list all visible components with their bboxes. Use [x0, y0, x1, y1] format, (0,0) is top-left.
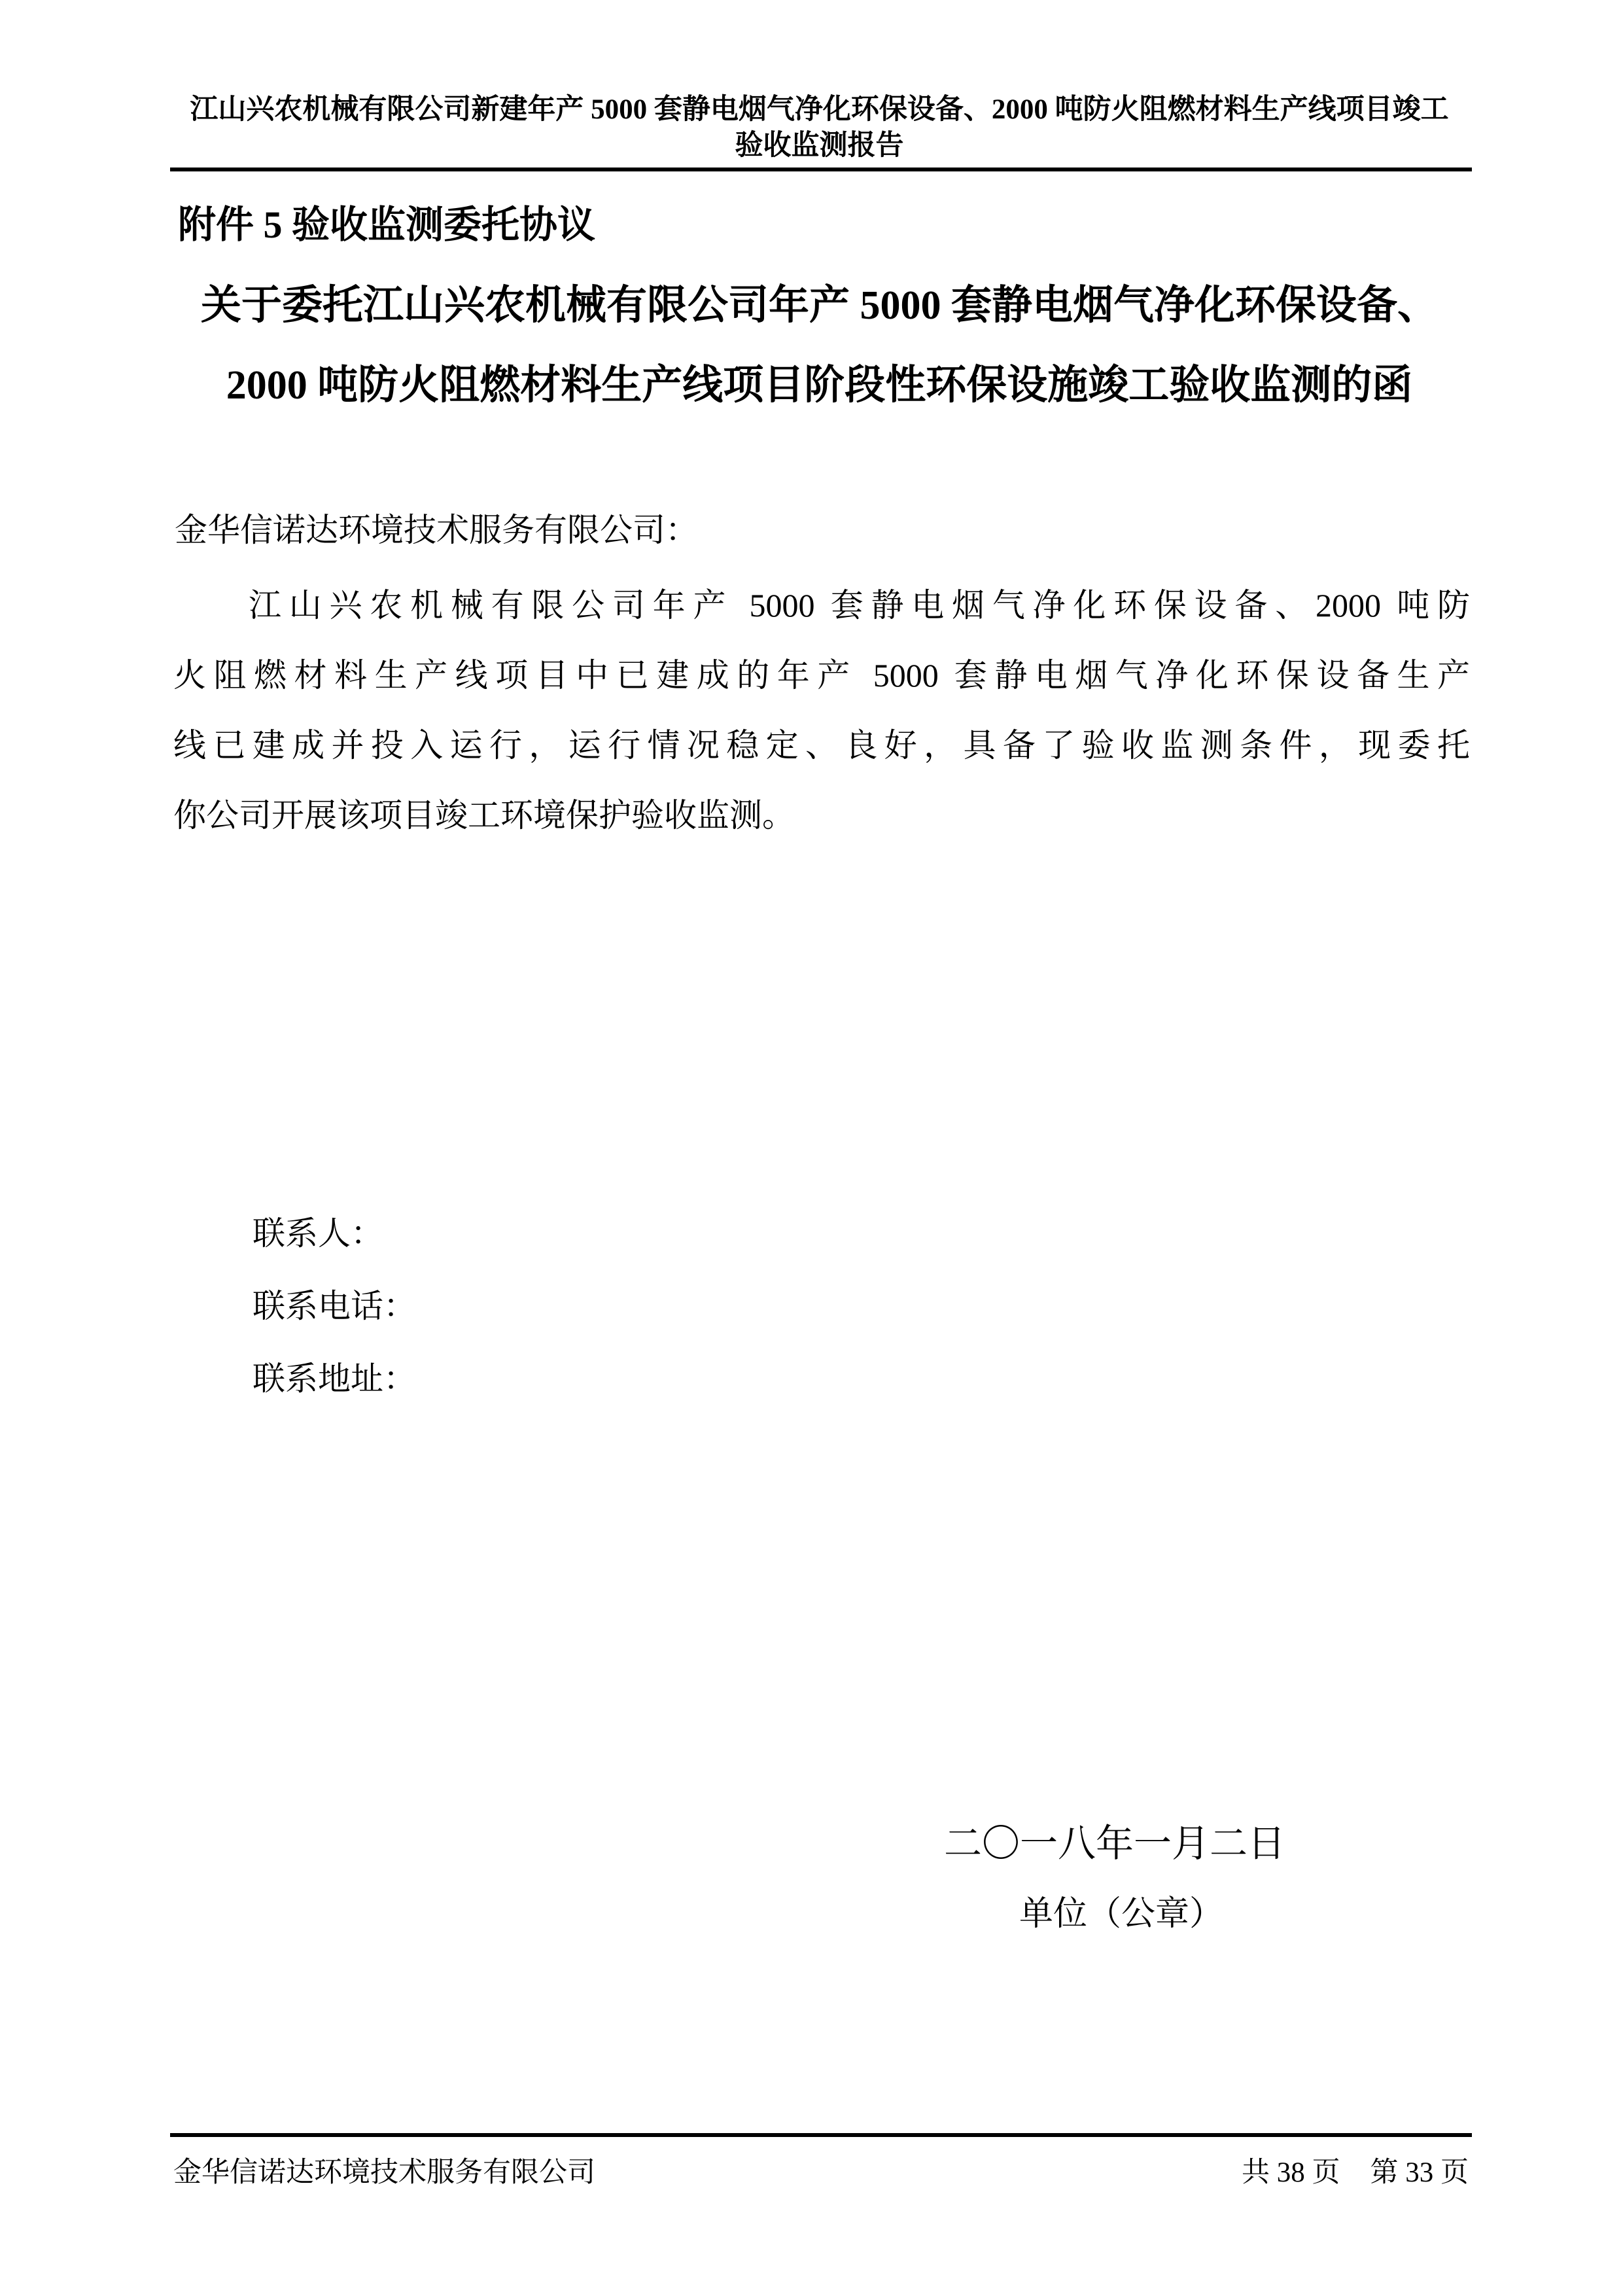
- footer-company: 金华信诺达环境技术服务有限公司: [173, 2150, 595, 2190]
- body-line: 火阻燃材料生产线项目中已建成的年产 5000 套静电烟气净化环保设备生产: [173, 641, 1470, 711]
- date-line: 二〇一八年一月二日: [944, 1812, 1285, 1867]
- body-line: 线已建成并投入运行，运行情况稳定、良好，具备了验收监测条件，现委托: [173, 711, 1470, 781]
- header-divider: [170, 168, 1472, 171]
- salutation: 金华信诺达环境技术服务有限公司：: [175, 504, 698, 551]
- footer-page-current: 第 33 页: [1370, 2150, 1469, 2190]
- running-header-line-2: 验收监测报告: [164, 128, 1475, 164]
- seal-placeholder: 单位（公章）: [1019, 1886, 1223, 1935]
- contact-phone-label: 联系电话：: [253, 1270, 416, 1343]
- letter-title: 关于委托江山兴农机械有限公司年产 5000 套静电烟气净化环保设备、 2000 …: [164, 266, 1475, 425]
- running-header-line-1: 江山兴农机械有限公司新建年产 5000 套静电烟气净化环保设备、2000 吨防火…: [164, 92, 1475, 128]
- attachment-heading: 附件 5 验收监测委托协议: [178, 194, 595, 249]
- body-paragraph: 江山兴农机械有限公司年产 5000 套静电烟气净化环保设备、2000 吨防 火阻…: [173, 571, 1470, 851]
- footer-page-info: 共 38 页 第 33 页: [1242, 2150, 1469, 2190]
- contact-block: 联系人： 联系电话： 联系地址：: [253, 1197, 416, 1415]
- footer-divider: [170, 2133, 1472, 2137]
- letter-title-line-1: 关于委托江山兴农机械有限公司年产 5000 套静电烟气净化环保设备、: [164, 266, 1475, 345]
- contact-address-label: 联系地址：: [253, 1343, 416, 1415]
- running-footer: 金华信诺达环境技术服务有限公司 共 38 页 第 33 页: [173, 2150, 1469, 2190]
- body-line: 你公司开展该项目竣工环境保护验收监测。: [173, 781, 1470, 851]
- body-line: 江山兴农机械有限公司年产 5000 套静电烟气净化环保设备、2000 吨防: [173, 571, 1470, 641]
- running-header: 江山兴农机械有限公司新建年产 5000 套静电烟气净化环保设备、2000 吨防火…: [164, 92, 1475, 164]
- footer-page-total: 共 38 页: [1242, 2150, 1340, 2190]
- contact-person-label: 联系人：: [253, 1197, 416, 1270]
- document-page: 江山兴农机械有限公司新建年产 5000 套静电烟气净化环保设备、2000 吨防火…: [0, 0, 1623, 2296]
- letter-title-line-2: 2000 吨防火阻燃材料生产线项目阶段性环保设施竣工验收监测的函: [164, 345, 1475, 425]
